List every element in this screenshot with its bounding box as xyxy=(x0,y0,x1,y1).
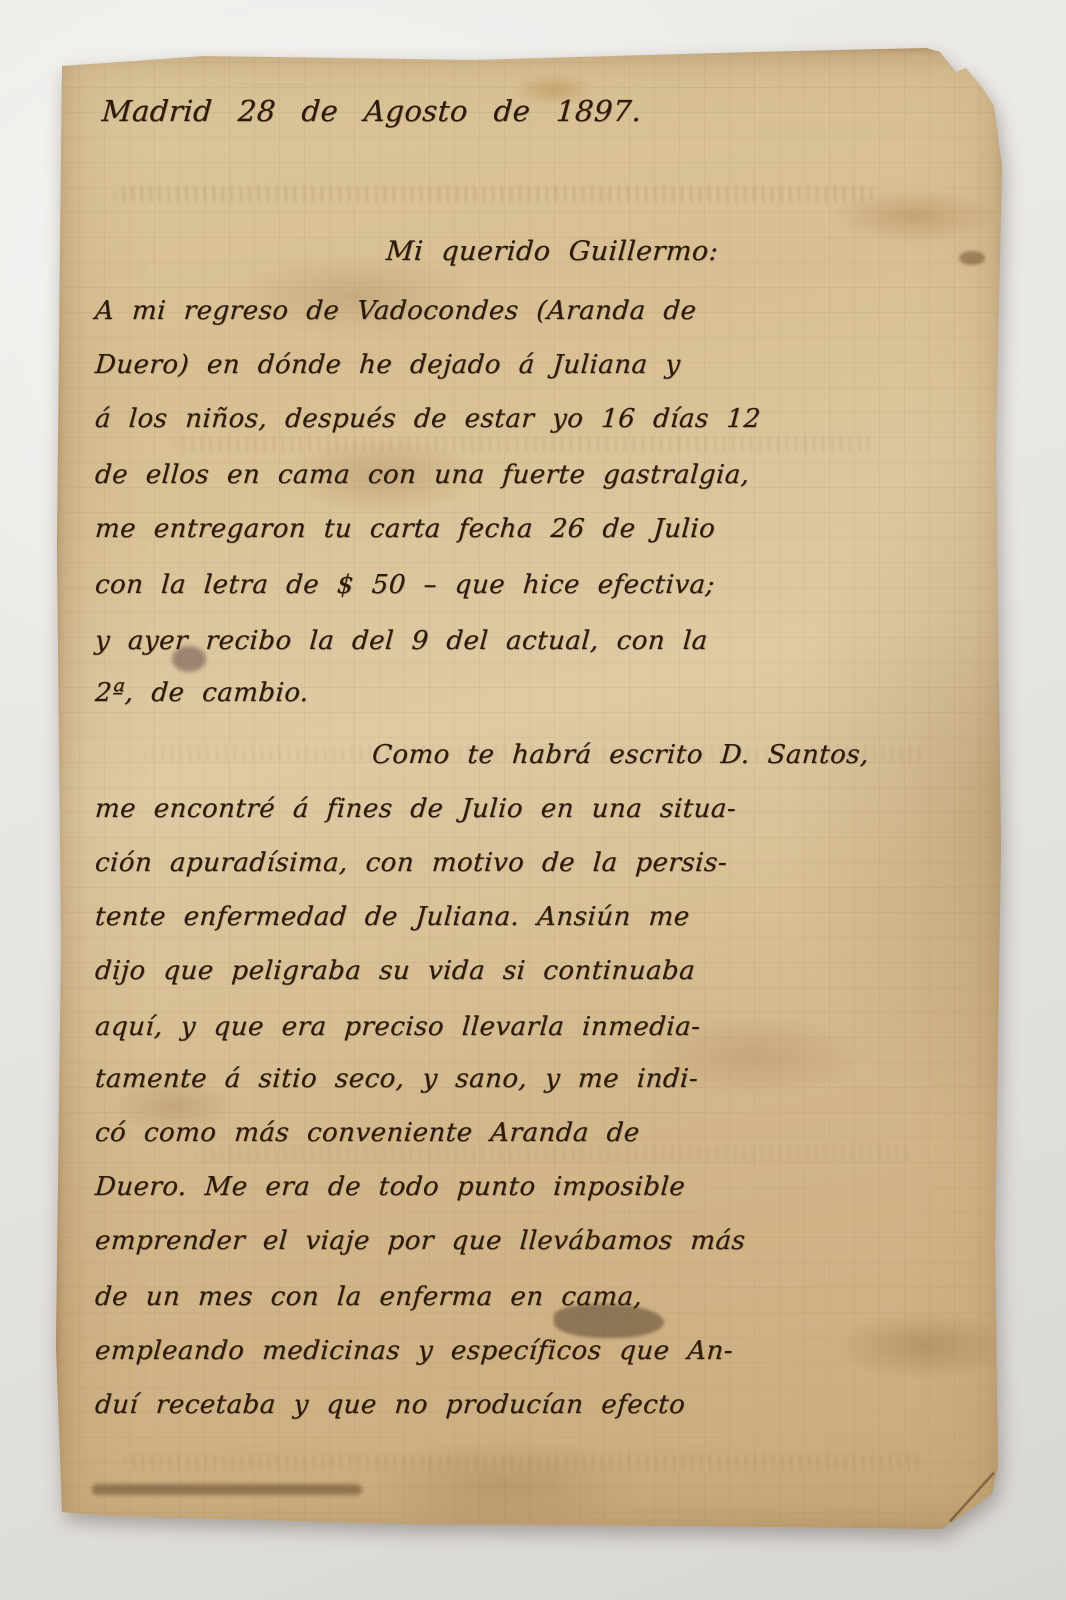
letter-line: tente enfermedad de Juliana. Ansiún me xyxy=(94,902,691,932)
letter-line: con la letra de $ 50 – que hice efectiva… xyxy=(94,570,716,600)
letter-line: tamente á sitio seco, y sano, y me indi- xyxy=(94,1064,699,1094)
letter-salutation: Mi querido Guillermo: xyxy=(385,236,720,267)
letter-line: me encontré á fines de Julio en una situ… xyxy=(94,794,737,824)
ghost-writing-band xyxy=(174,436,874,452)
letter-line: 2ª, de cambio. xyxy=(94,678,310,708)
letter-page: Madrid 28 de Agosto de 1897. Mi querido … xyxy=(54,46,1008,1538)
letter-line: empleando medicinas y específicos que An… xyxy=(94,1336,734,1366)
ghost-writing-band xyxy=(114,186,874,202)
letter-line: Como te habrá escrito D. Santos, xyxy=(371,740,870,770)
letter-line: duí recetaba y que no producían efecto xyxy=(94,1390,686,1420)
letter-line: á los niños, después de estar yo 16 días… xyxy=(94,404,762,434)
letter-page-wrap: Madrid 28 de Agosto de 1897. Mi querido … xyxy=(54,46,1008,1538)
letter-dateline: Madrid 28 de Agosto de 1897. xyxy=(101,94,643,128)
letter-line: Duero) en dónde he dejado á Juliana y xyxy=(94,350,682,380)
letter-line: A mi regreso de Vadocondes (Aranda de xyxy=(94,296,698,326)
letter-line: de ellos en cama con una fuerte gastralg… xyxy=(94,460,751,490)
letter-line: de un mes con la enferma en cama, xyxy=(94,1282,643,1312)
letter-line: me entregaron tu carta fecha 26 de Julio xyxy=(94,514,716,544)
letter-line: Duero. Me era de todo punto imposible xyxy=(94,1172,686,1202)
letter-line: dijo que peligraba su vida si continuaba xyxy=(94,956,696,986)
letter-line: emprender el viaje por que llevábamos má… xyxy=(94,1226,747,1256)
ghost-writing-band xyxy=(124,1454,924,1470)
letter-line: ción apuradísima, con motivo de la persi… xyxy=(94,848,728,878)
letter-line: y ayer recibo la del 9 del actual, con l… xyxy=(94,626,709,656)
ink-stain xyxy=(959,251,985,265)
ghost-writing-band xyxy=(194,1146,914,1162)
letter-line: aquí, y que era preciso llevarla inmedia… xyxy=(94,1012,702,1042)
corner-crease xyxy=(949,1472,995,1522)
letter-line: có como más conveniente Aranda de xyxy=(94,1118,641,1148)
ink-stain xyxy=(92,1484,362,1495)
